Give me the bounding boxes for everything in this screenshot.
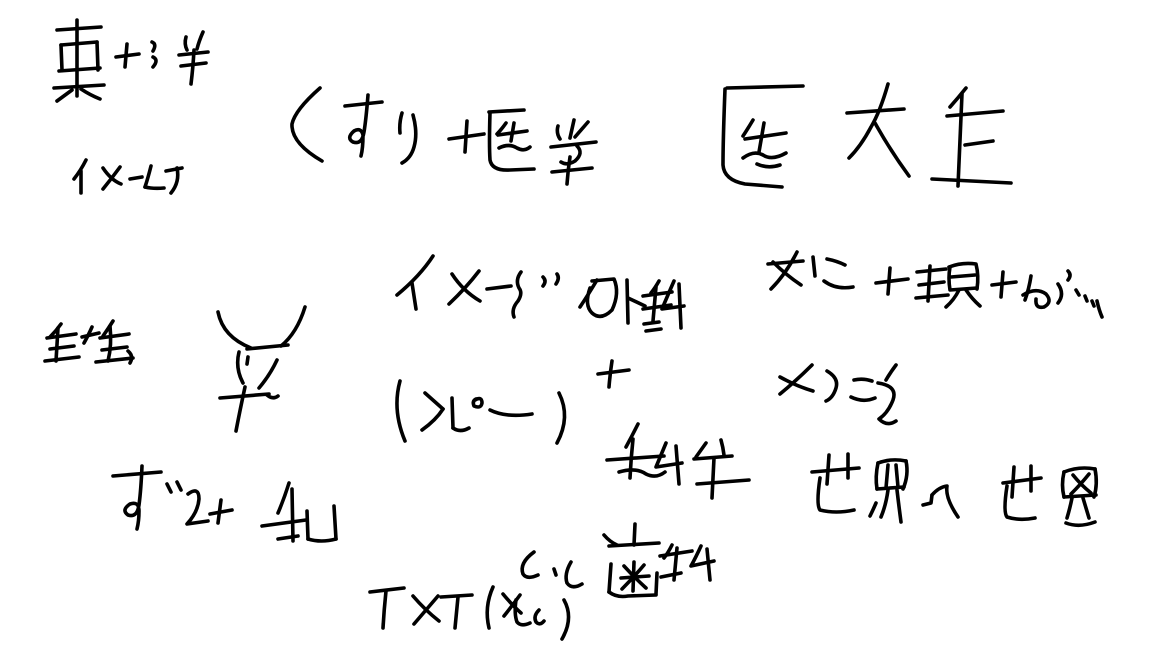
sheep-face-doodle bbox=[218, 307, 305, 431]
label-sekai-x-sekai bbox=[812, 454, 1096, 525]
label-kusuri-plus-igaku bbox=[292, 88, 596, 184]
label-iden bbox=[604, 524, 714, 597]
label-kagaku bbox=[607, 424, 749, 498]
label-copy-parens bbox=[397, 381, 565, 443]
label-image-katakana bbox=[74, 160, 182, 193]
label-x-ni-gen-mibun bbox=[768, 252, 1102, 317]
label-subete-plus-watashi bbox=[113, 466, 336, 541]
label-txt-formula bbox=[370, 552, 582, 639]
plus-sign bbox=[598, 361, 629, 387]
handwriting-canvas-page bbox=[0, 0, 1152, 648]
ink-canvas bbox=[0, 0, 1152, 648]
label-idaisei bbox=[723, 84, 1011, 187]
label-sei-plus-sei bbox=[45, 321, 133, 363]
label-sokkou-scribble bbox=[780, 365, 896, 424]
label-tou-plus-you bbox=[54, 20, 208, 101]
label-image-geka bbox=[397, 256, 684, 331]
